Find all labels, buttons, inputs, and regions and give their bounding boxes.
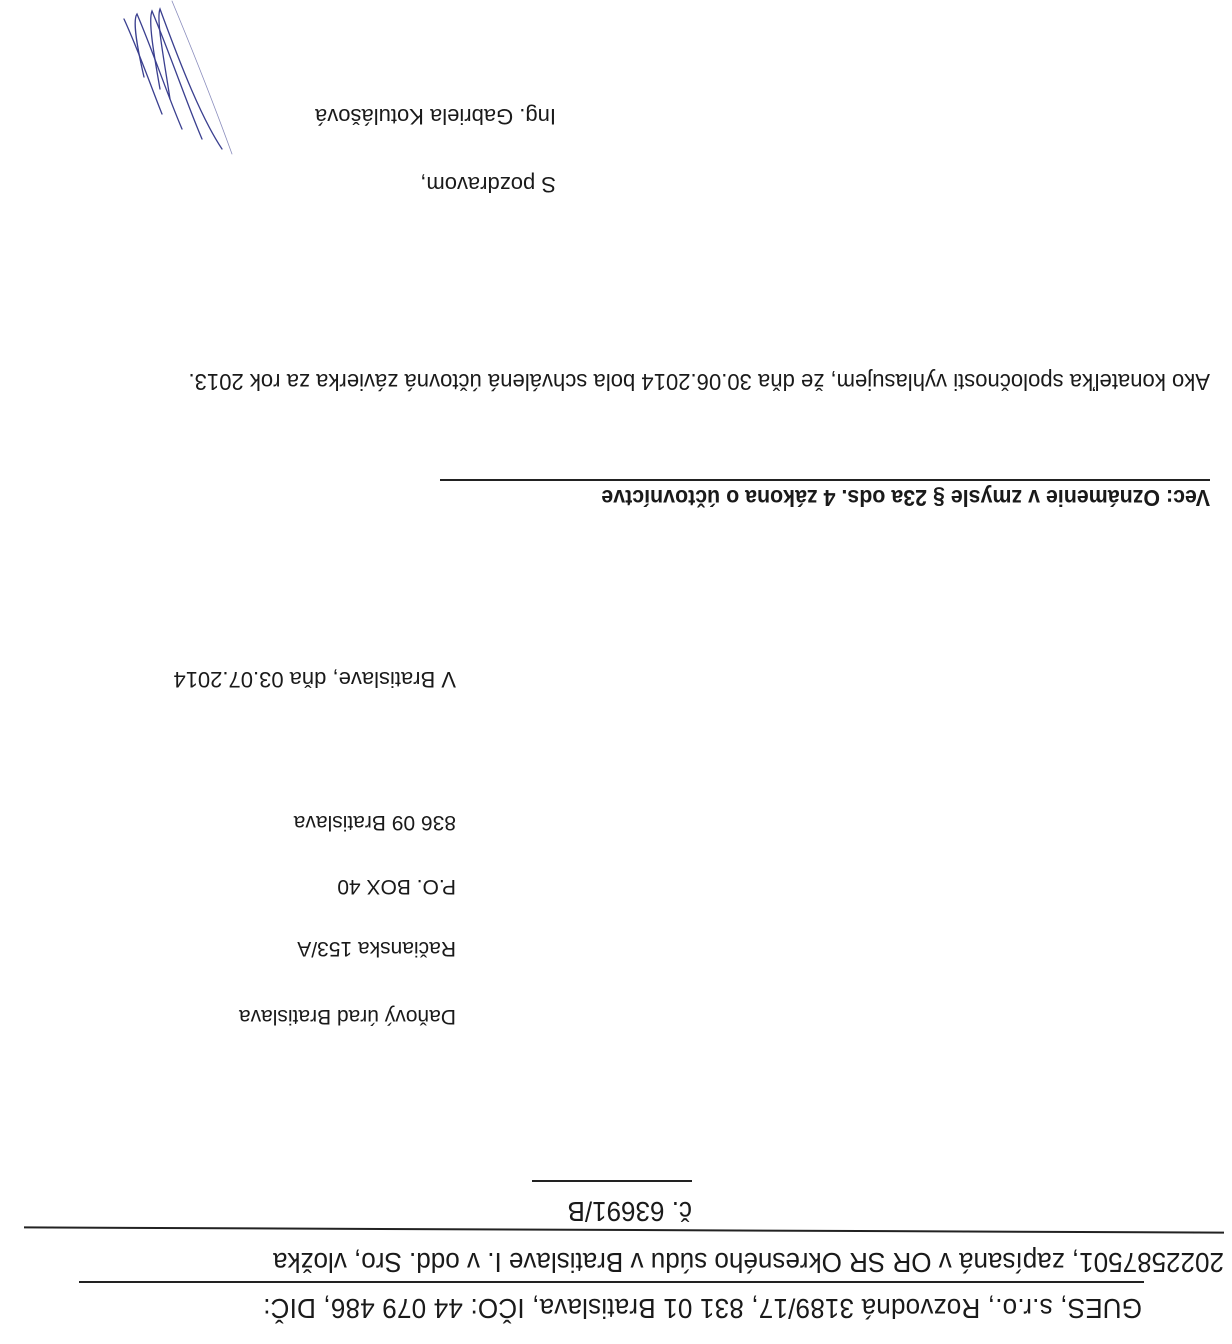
letterhead-line-1: GUES, s.r.o., Rozvodná 3189/17, 831 01 B… — [263, 1292, 1142, 1324]
subject-underline — [440, 479, 1210, 481]
closing-salutation: S pozdravom, — [420, 171, 556, 197]
letterhead-line-3: č. 63691/B — [567, 1195, 692, 1227]
scanned-letter-page: GUES, s.r.o., Rozvodná 3189/17, 831 01 B… — [0, 0, 1232, 1344]
signer-name: Ing. Gabriela Kotulášová — [315, 103, 556, 129]
place-and-date: V Bratislave, dňa 03.07.2014 — [173, 666, 456, 692]
handwritten-signature-icon — [102, 0, 252, 159]
letterhead-rule-1 — [79, 1281, 1144, 1283]
letterhead-line-2: 2022587501, zapísaná v OR SR Okresného s… — [273, 1246, 1224, 1278]
recipient-line: Račianska 153/A — [297, 936, 456, 960]
body-paragraph: Ako konateľka spoločnosti vyhlasujem, že… — [68, 365, 1210, 399]
recipient-line: 836 09 Bratislava — [294, 810, 456, 834]
recipient-line: P.O. BOX 40 — [337, 874, 456, 898]
subject-line: Vec: Oznámenie v zmysle § 23a ods. 4 zák… — [601, 484, 1210, 511]
letterhead-rule-2 — [24, 1226, 1224, 1233]
recipient-line: Daňový úrad Bratislava — [239, 1004, 456, 1028]
letterhead-rule-3 — [532, 1180, 692, 1182]
